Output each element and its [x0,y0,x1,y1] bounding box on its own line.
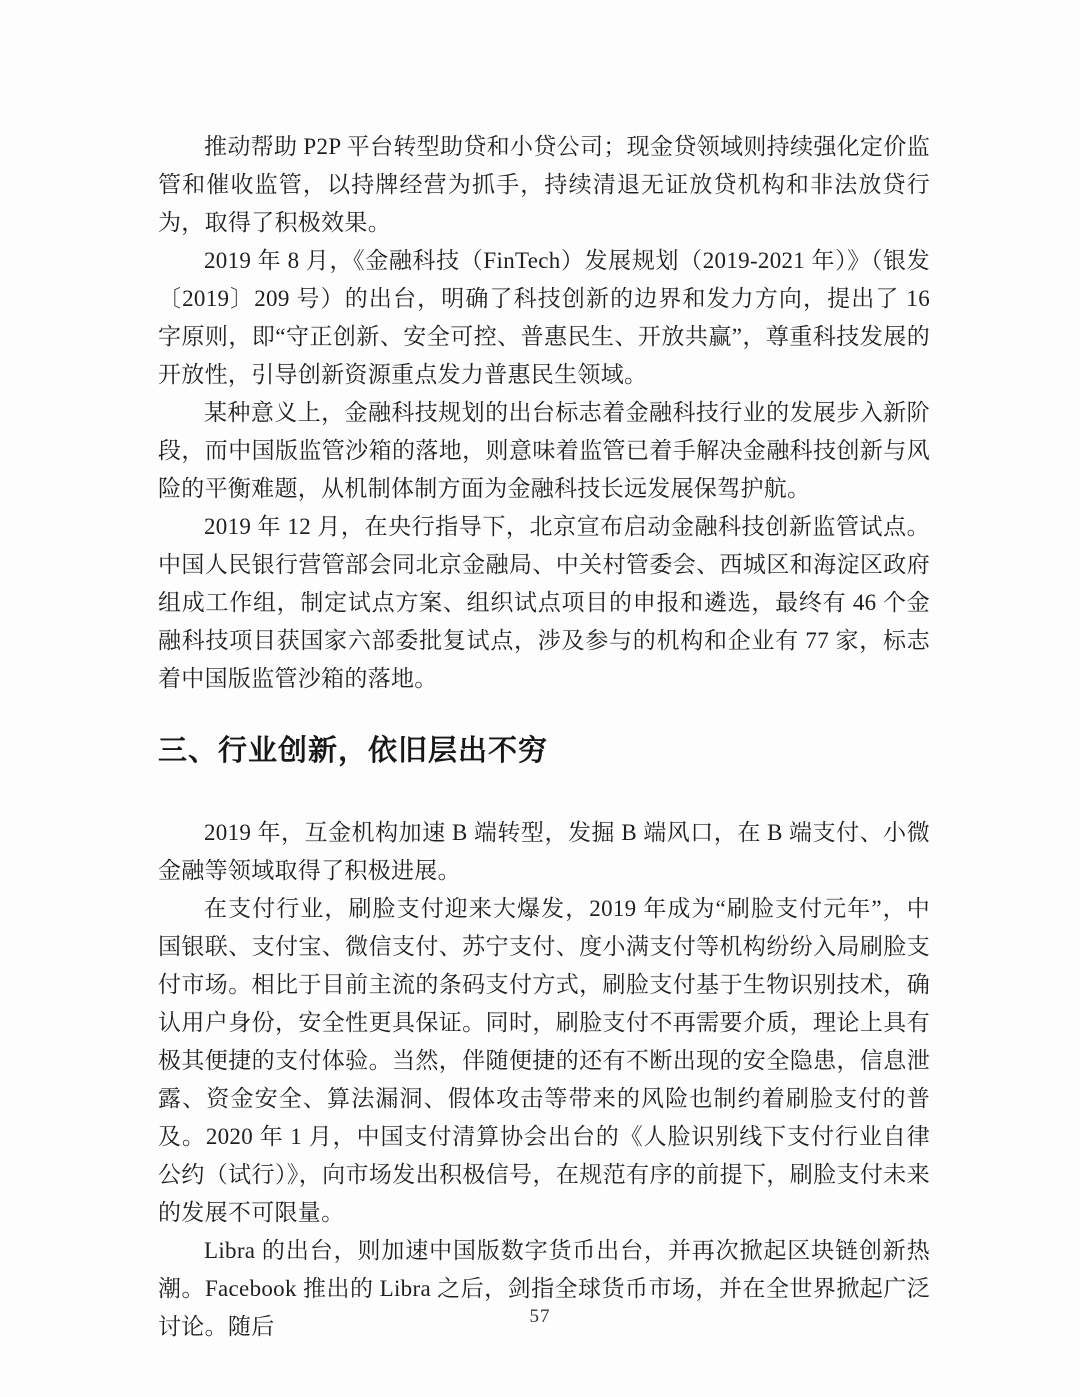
page-content: 推动帮助 P2P 平台转型助贷和小贷公司；现金贷领域则持续强化定价监管和催收监管… [158,128,930,1346]
paragraph-b-side-transition: 2019 年，互金机构加速 B 端转型，发掘 B 端风口，在 B 端支付、小微金… [158,814,930,890]
paragraph-face-payment: 在支付行业，刷脸支付迎来大爆发，2019 年成为“刷脸支付元年”，中国银联、支付… [158,890,930,1232]
page-number: 57 [530,1306,551,1327]
paragraph-regulatory-sandbox: 某种意义上，金融科技规划的出台标志着金融科技行业的发展步入新阶段，而中国版监管沙… [158,394,930,508]
page-footer: 57 [0,1306,1080,1328]
paragraph-libra: Libra 的出台，则加速中国版数字货币出台，并再次掀起区块链创新热潮。Face… [158,1232,930,1346]
paragraph-p2p-regulation: 推动帮助 P2P 平台转型助贷和小贷公司；现金贷领域则持续强化定价监管和催收监管… [158,128,930,242]
paragraph-fintech-plan: 2019 年 8 月，《金融科技（FinTech）发展规划（2019-2021 … [158,242,930,394]
paragraph-pilot-projects: 2019 年 12 月，在央行指导下，北京宣布启动金融科技创新监管试点。中国人民… [158,508,930,698]
section-heading-industry-innovation: 三、行业创新，依旧层出不穷 [158,734,930,768]
document-page: 推动帮助 P2P 平台转型助贷和小贷公司；现金贷领域则持续强化定价监管和催收监管… [0,0,1080,1397]
